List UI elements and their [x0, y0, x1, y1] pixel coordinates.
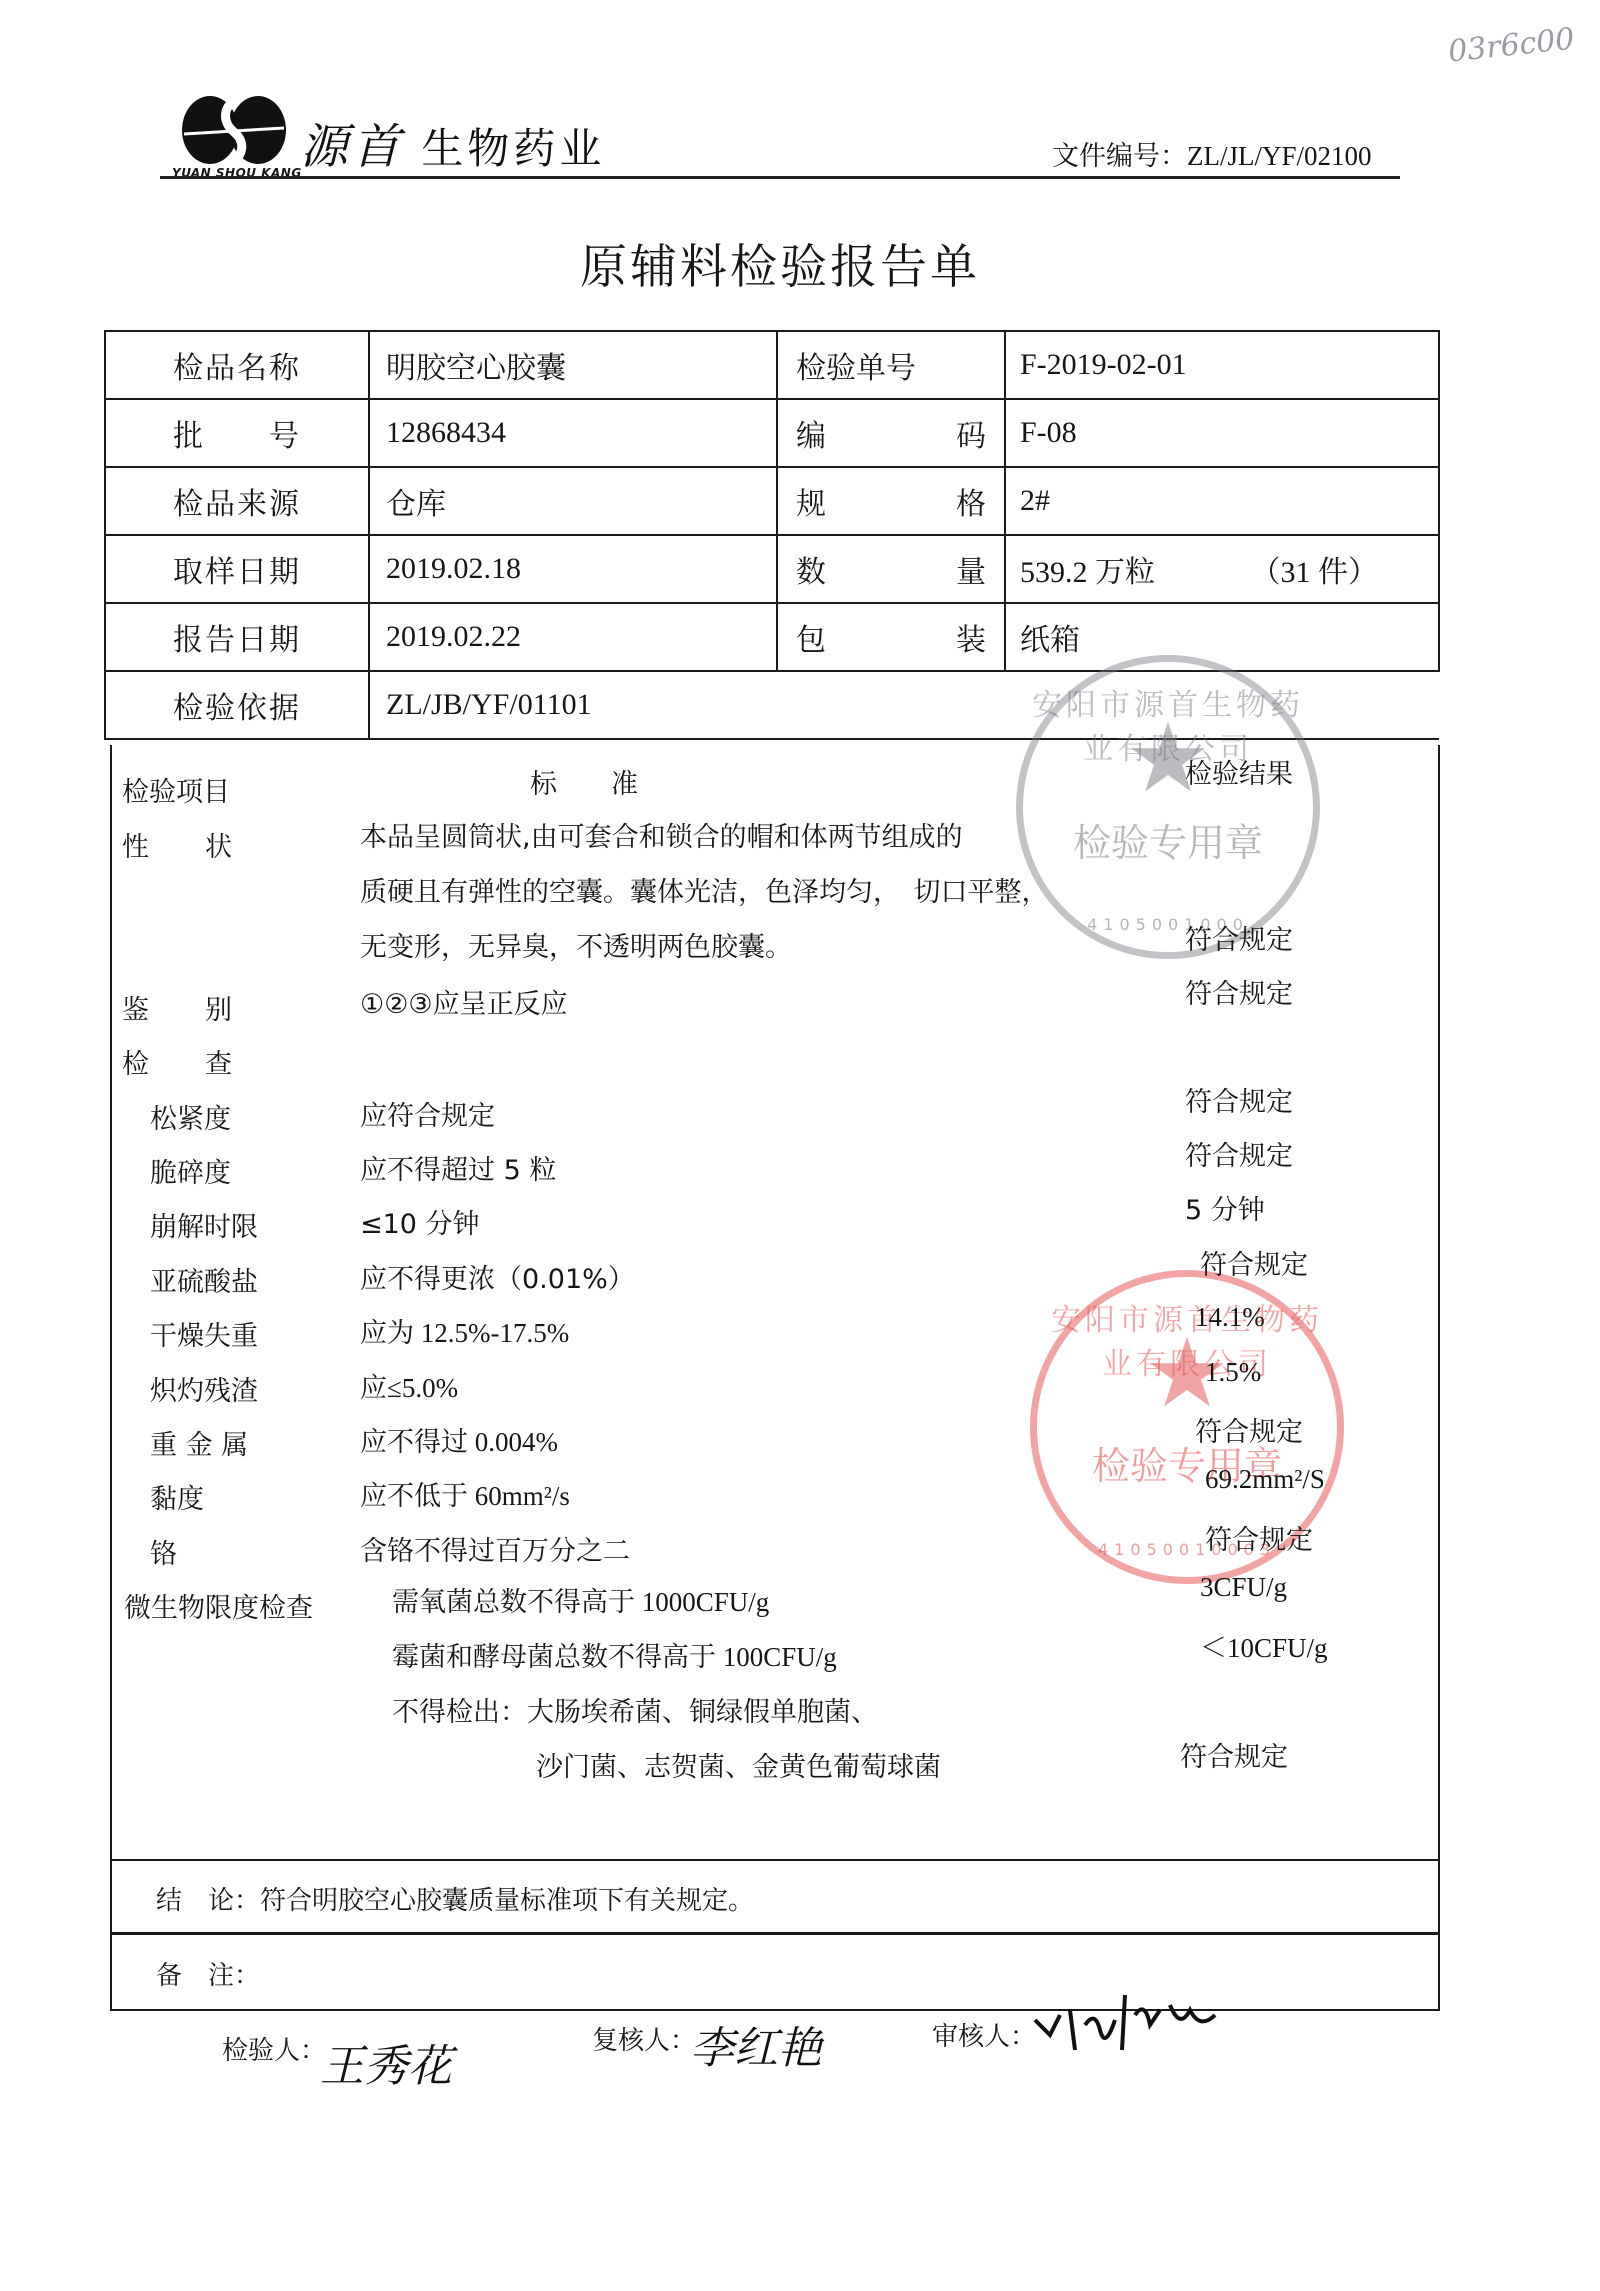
check-item: 炽灼残渣 — [150, 1369, 258, 1408]
info-value: 2019.02.18 — [369, 535, 777, 603]
remarks-label: 备 注： — [156, 1961, 260, 1991]
check-item: 铬 — [150, 1532, 177, 1571]
info-label-2-char: 码 — [956, 411, 986, 455]
quantity-pieces: （31 件） — [1251, 547, 1379, 591]
info-value-2: F-08 — [1005, 399, 1439, 467]
reviewer-label: 复核人： — [592, 2020, 696, 2057]
inspector-signature: 王秀花 — [320, 2030, 452, 2094]
info-label: 报告日期 — [105, 603, 369, 671]
check-result: 符合规定 — [1205, 1518, 1313, 1557]
column-header-result: 检验结果 — [1185, 752, 1293, 791]
info-label-2-char: 数 — [796, 547, 826, 591]
item-char: 查 — [205, 1042, 232, 1081]
check-result: 1.5% — [1205, 1357, 1261, 1388]
check-standard: 应符合规定 — [360, 1094, 495, 1133]
check-standard: 应不得过 0.004% — [360, 1420, 558, 1459]
info-label-2: 包装 — [777, 603, 1005, 671]
conclusion: 结 论：符合明胶空心胶囊质量标准项下有关规定。 — [156, 1880, 754, 1917]
check-item: 干燥失重 — [150, 1314, 258, 1353]
item-char: 状 — [205, 825, 232, 864]
remarks: 备 注： — [156, 1955, 260, 1992]
sample-info-table: 检品名称 明胶空心胶囊 检验单号 F-2019-02-01 批 号 128684… — [104, 330, 1440, 740]
info-label: 检品名称 — [105, 331, 369, 399]
check-item: 亚硫酸盐 — [150, 1260, 258, 1299]
conclusion-divider — [110, 1932, 1440, 1935]
brand-name-stylized: 源首 — [300, 119, 404, 175]
micro-standard: 沙门菌、志贺菌、金黄色葡萄球菌 — [536, 1745, 941, 1784]
test-standard: ①②③应呈正反应 — [360, 982, 568, 1021]
test-item-identification: 鉴别 — [122, 988, 232, 1027]
check-result: 符合规定 — [1200, 1243, 1308, 1282]
check-standard: 应≤5.0% — [360, 1366, 458, 1405]
info-value-2: 539.2 万粒（31 件） — [1005, 535, 1439, 603]
test-result: 符合规定 — [1185, 972, 1293, 1011]
micro-result: ＜10CFU/g — [1200, 1626, 1328, 1665]
quantity-value: 539.2 万粒 — [1020, 547, 1155, 591]
info-value: 仓库 — [369, 467, 777, 535]
info-label-2: 编码 — [777, 399, 1005, 467]
check-item: 松紧度 — [150, 1097, 231, 1136]
check-standard: 应为 12.5%-17.5% — [360, 1311, 569, 1350]
reviewer-signature: 李红艳 — [690, 2012, 822, 2076]
check-item: 重 金 属 — [150, 1423, 248, 1462]
info-label-2-char: 装 — [956, 615, 986, 659]
header-divider — [160, 176, 1400, 179]
handwritten-code: 03r6c00 — [1447, 21, 1577, 69]
info-label-2: 规格 — [777, 467, 1005, 535]
test-result: 符合规定 — [1185, 918, 1293, 957]
inspector-label: 检验人： — [222, 2030, 326, 2067]
standard-line: 质硬且有弹性的空囊。囊体光洁，色泽均匀， 切口平整， — [360, 870, 1049, 909]
file-number: 文件编号：ZL/JL/YF/02100 — [1052, 134, 1372, 173]
item-char: 鉴 — [122, 988, 149, 1027]
micro-result: 3CFU/g — [1200, 1572, 1287, 1603]
item-char: 检 — [122, 1042, 149, 1081]
brand-name: 源首 生物药业 — [300, 108, 605, 177]
info-row-basis: 检验依据 ZL/JB/YF/01101 — [105, 671, 1439, 739]
item-char: 别 — [205, 988, 232, 1027]
check-standard: 应不得超过 5 粒 — [360, 1148, 556, 1187]
check-standard: 含铬不得过百万分之二 — [360, 1529, 630, 1568]
info-label-2-char: 格 — [956, 479, 986, 523]
item-char: 性 — [122, 825, 149, 864]
info-label: 检品来源 — [105, 467, 369, 535]
info-row: 取样日期 2019.02.18 数量 539.2 万粒（31 件） — [105, 535, 1439, 603]
info-label-2-char: 编 — [796, 411, 826, 455]
approver-label: 审核人： — [932, 2016, 1036, 2053]
check-result: 5 分钟 — [1185, 1188, 1265, 1227]
info-value-2: F-2019-02-01 — [1005, 331, 1439, 399]
check-result: 符合规定 — [1185, 1080, 1293, 1119]
micro-result: 符合规定 — [1180, 1735, 1288, 1774]
brand-name-text: 生物药业 — [421, 124, 605, 173]
check-item: 崩解时限 — [150, 1205, 258, 1244]
info-label: 批 号 — [105, 399, 369, 467]
check-item: 脆碎度 — [150, 1151, 231, 1190]
info-value-2: 2# — [1005, 467, 1439, 535]
micro-standard: 不得检出：大肠埃希菌、铜绿假单胞菌、 — [392, 1690, 878, 1729]
info-row: 检品名称 明胶空心胶囊 检验单号 F-2019-02-01 — [105, 331, 1439, 399]
info-row: 检品来源 仓库 规格 2# — [105, 467, 1439, 535]
check-result: 69.2mm²/S — [1205, 1464, 1325, 1495]
check-standard: 应不低于 60mm²/s — [360, 1474, 570, 1513]
file-number-label: 文件编号： — [1052, 141, 1187, 171]
test-group-inspection: 检查 — [122, 1042, 232, 1081]
info-value: 明胶空心胶囊 — [369, 331, 777, 399]
micro-standard: 霉菌和酵母菌总数不得高于 100CFU/g — [392, 1635, 837, 1674]
check-item: 黏度 — [150, 1477, 204, 1516]
company-logo-icon — [180, 94, 288, 166]
page-title: 原辅料检验报告单 — [0, 230, 1560, 297]
info-value-2: 纸箱 — [1005, 603, 1439, 671]
info-value: 12868434 — [369, 399, 777, 467]
info-row: 批 号 12868434 编码 F-08 — [105, 399, 1439, 467]
basis-value: ZL/JB/YF/01101 — [369, 671, 1439, 739]
standard-line: 本品呈圆筒状,由可套合和锁合的帽和体两节组成的 — [360, 815, 963, 854]
standard-line: 无变形，无异臭，不透明两色胶囊。 — [360, 925, 792, 964]
micro-standard: 需氧菌总数不得高于 1000CFU/g — [392, 1580, 769, 1619]
check-standard: ≤10 分钟 — [360, 1202, 480, 1241]
info-label-2-char: 规 — [796, 479, 826, 523]
check-result: 符合规定 — [1195, 1410, 1303, 1449]
conclusion-label: 结 论： — [156, 1886, 260, 1916]
info-label: 取样日期 — [105, 535, 369, 603]
conclusion-text: 符合明胶空心胶囊质量标准项下有关规定。 — [260, 1886, 754, 1916]
info-label-2-char: 量 — [956, 547, 986, 591]
info-row: 报告日期 2019.02.22 包装 纸箱 — [105, 603, 1439, 671]
test-item-appearance: 性状 — [122, 825, 232, 864]
file-number-value: ZL/JL/YF/02100 — [1187, 141, 1372, 171]
info-label-2: 检验单号 — [777, 331, 1005, 399]
test-item-microbial: 微生物限度检查 — [124, 1586, 313, 1625]
check-result: 14.1% — [1195, 1302, 1265, 1333]
approver-signature — [1030, 1990, 1230, 2060]
info-label-2-char: 包 — [796, 615, 826, 659]
check-result: 符合规定 — [1185, 1134, 1293, 1173]
info-label-2-text: 检验单号 — [796, 351, 916, 386]
basis-label: 检验依据 — [105, 671, 369, 739]
column-header-item: 检验项目 — [122, 770, 230, 809]
info-value: 2019.02.22 — [369, 603, 777, 671]
check-standard: 应不得更浓（0.01%） — [360, 1257, 635, 1296]
column-header-standard: 标 准 — [530, 762, 638, 801]
info-label-2: 数量 — [777, 535, 1005, 603]
